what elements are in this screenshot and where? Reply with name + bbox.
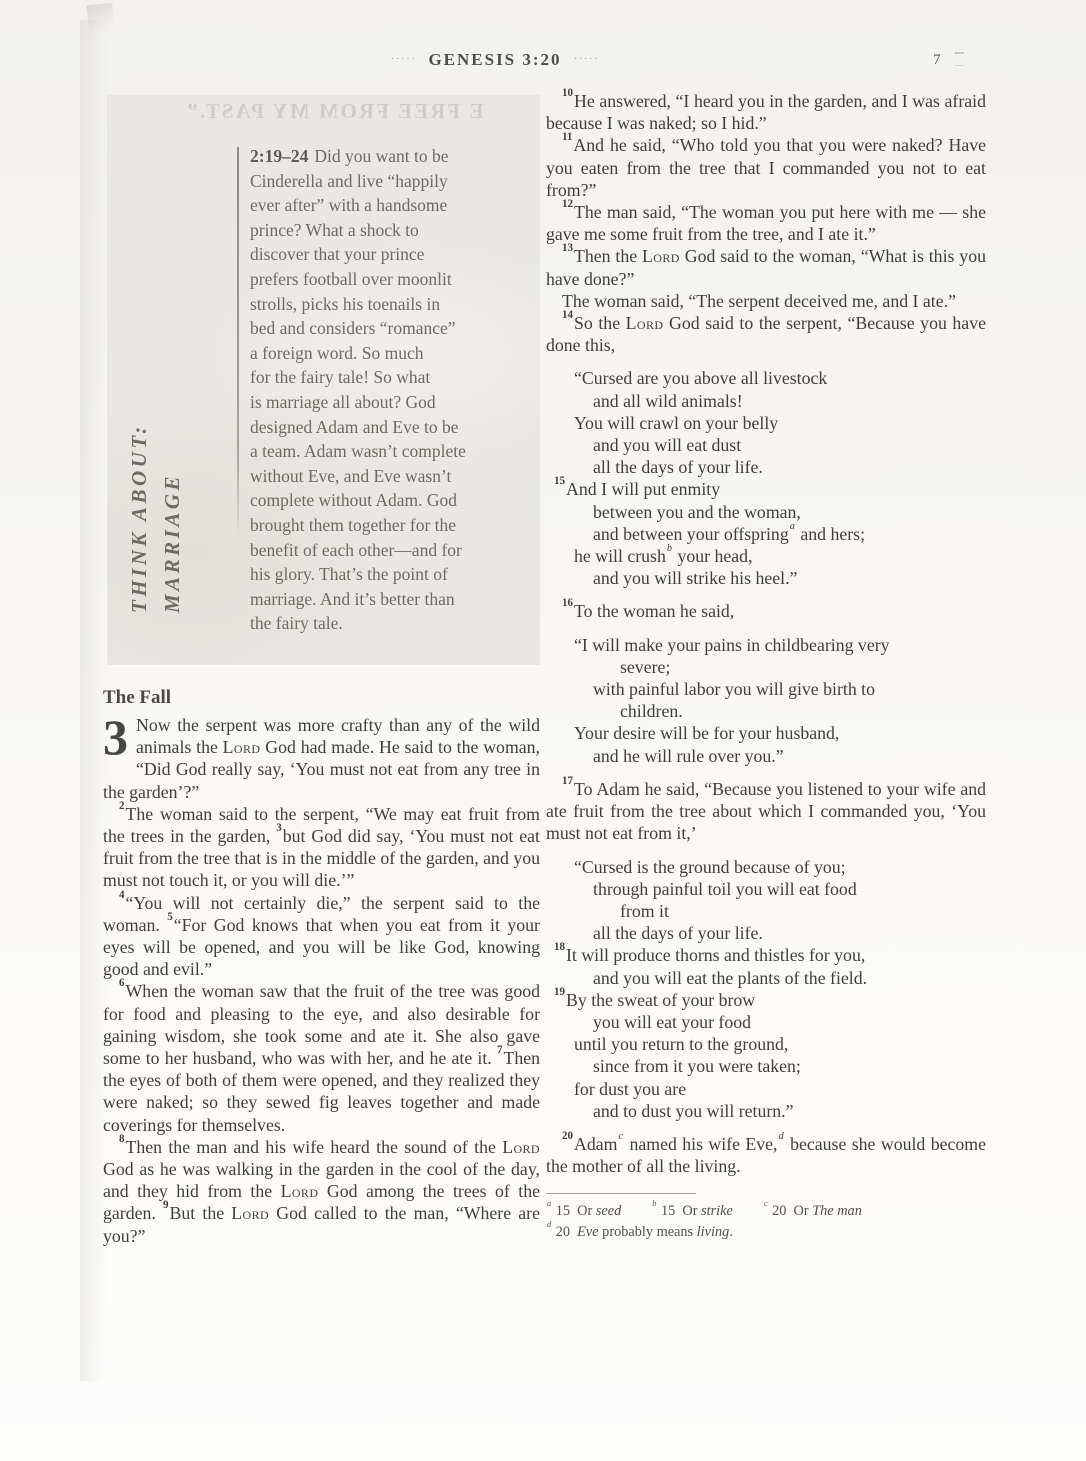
footnote-item: d 20 Eve probably means living. <box>546 1222 733 1243</box>
feature-box-body: Did you want to be Cinderella and live “… <box>250 146 466 633</box>
section-heading: The Fall <box>103 686 540 710</box>
poetry-line: and he will rule over you.” <box>546 745 986 767</box>
verse-number: 6 <box>119 977 125 989</box>
verse-paragraph: 16To the woman he said, <box>546 600 986 622</box>
bleed-through-ghost-text: E FREE FROM MY PAST.” <box>137 99 532 124</box>
poetry-line: “Cursed are you above all livestock <box>546 367 986 389</box>
poetry-line: “Cursed is the ground because of you; <box>546 856 986 878</box>
footnote-marker: b <box>667 543 672 554</box>
poetry-line: children. <box>546 700 986 722</box>
page-number: 7 <box>933 52 941 69</box>
verse-paragraph: 11And he said, “Who told you that you we… <box>546 134 986 201</box>
verse-paragraph: 12The man said, “The woman you put here … <box>546 201 986 245</box>
verse-number: 19 <box>554 986 565 998</box>
poetry-line: 19By the sweat of your brow <box>546 989 986 1011</box>
footnote-marker: a <box>790 521 795 532</box>
verse-number: 4 <box>119 889 125 901</box>
poetry-line: 18It will produce thorns and thistles fo… <box>546 944 986 966</box>
page-title: GENESIS 3:20 <box>428 50 561 69</box>
verse-paragraph: 2The woman said to the serpent, “We may … <box>103 803 540 892</box>
footnote-item: a 15 Or seed <box>546 1201 621 1222</box>
chapter-paragraph: 3Now the serpent was more crafty than an… <box>103 714 540 803</box>
poetry-line: Your desire will be for your husband, <box>546 722 986 744</box>
poetry-line: he will crushb your head, <box>546 545 986 567</box>
poetry-line: you will eat your food <box>546 1011 986 1033</box>
header-ornament-right: ····· <box>574 53 600 65</box>
verse-paragraph: 4“You will not certainly die,” the serpe… <box>103 892 540 981</box>
italic-text: The man <box>812 1203 862 1219</box>
poetry-line: and all wild animals! <box>546 390 986 412</box>
feature-box-text: 2:19–24Did you want to be Cinderella and… <box>250 144 532 636</box>
poetry-line: severe; <box>546 656 986 678</box>
poetry-stanza: “I will make your pains in childbearing … <box>546 634 986 767</box>
poetry-line: all the days of your life. <box>546 456 986 478</box>
think-about-marriage-box: E FREE FROM MY PAST.” THINK ABOUT: MARRI… <box>107 95 540 665</box>
verse-number: 7 <box>497 1044 503 1056</box>
poetry-line: and you will eat the plants of the field… <box>546 967 986 989</box>
left-text-column: The Fall3Now the serpent was more crafty… <box>103 686 540 1247</box>
vertical-label-think-about: THINK ABOUT: <box>127 423 152 613</box>
verse-number: 11 <box>562 131 572 143</box>
poetry-line: and you will strike his heel.” <box>546 567 986 589</box>
poetry-line: since from it you were taken; <box>546 1055 986 1077</box>
verse-number: 17 <box>562 775 573 787</box>
footnote-line-1: a 15 Or seedb 15 Or strikec 20 Or The ma… <box>546 1201 986 1222</box>
poetry-line: from it <box>546 900 986 922</box>
vertical-label-marriage: MARRIAGE <box>160 473 185 613</box>
verse-paragraph: 14So the Lord God said to the serpent, “… <box>546 312 986 356</box>
verse-number: 20 <box>562 1130 573 1142</box>
poetry-line: 15And I will put enmity <box>546 478 986 500</box>
poetry-line: with painful labor you will give birth t… <box>546 678 986 700</box>
verse-number: 18 <box>554 941 565 953</box>
chapter-number-dropcap: 3 <box>103 714 136 759</box>
verse-paragraph: 10He answered, “I heard you in the garde… <box>546 90 986 134</box>
verse-number: 5 <box>167 911 173 923</box>
page-edge-mark <box>955 52 964 66</box>
right-text-column: 10He answered, “I heard you in the garde… <box>546 90 986 1243</box>
verse-paragraph: 20Adamc named his wife Eve,d because she… <box>546 1133 986 1177</box>
verse-paragraph: 8Then the man and his wife heard the sou… <box>103 1136 540 1247</box>
poetry-line: through painful toil you will eat food <box>546 878 986 900</box>
footnote-marker: b <box>652 1199 656 1208</box>
footnote-item: b 15 Or strike <box>651 1201 733 1222</box>
poetry-line: You will crawl on your belly <box>546 412 986 434</box>
verse-paragraph: 6When the woman saw that the fruit of th… <box>103 980 540 1135</box>
poetry-line: and you will eat dust <box>546 434 986 456</box>
footnote-rule <box>546 1193 696 1194</box>
feature-box-rule <box>237 147 239 537</box>
verse-number: 8 <box>119 1133 125 1145</box>
verse-paragraph: 13Then the Lord God said to the woman, “… <box>546 245 986 289</box>
footnote-marker: d <box>547 1220 551 1229</box>
verse-paragraph: The woman said, “The serpent deceived me… <box>546 290 986 312</box>
right-column-verses: 10He answered, “I heard you in the garde… <box>546 90 986 1177</box>
verse-number: 15 <box>554 475 565 487</box>
poetry-line: and between your offspringa and hers; <box>546 523 986 545</box>
verse-paragraph: 17To Adam he said, “Because you listened… <box>546 778 986 845</box>
footnote-marker: c <box>618 1131 623 1142</box>
italic-text: seed <box>596 1203 621 1219</box>
italic-text: Eve <box>577 1224 598 1240</box>
scan-corner-mark <box>86 3 115 40</box>
lord-small-caps: Lord <box>502 1137 540 1157</box>
footnote-marker: a <box>547 1199 551 1208</box>
header-ornament-left: ····· <box>391 53 417 65</box>
lord-small-caps: Lord <box>626 313 664 333</box>
poetry-line: “I will make your pains in childbearing … <box>546 634 986 656</box>
lord-small-caps: Lord <box>281 1181 319 1201</box>
italic-text: strike <box>701 1203 733 1219</box>
footnote-item: c 20 Or The man <box>763 1201 862 1222</box>
feature-box-reference: 2:19–24 <box>250 146 308 166</box>
verse-number: 3 <box>276 822 282 834</box>
poetry-line: all the days of your life. <box>546 922 986 944</box>
verse-number: 13 <box>562 242 573 254</box>
poetry-line: until you return to the ground, <box>546 1033 986 1055</box>
poetry-line: between you and the woman, <box>546 501 986 523</box>
lord-small-caps: Lord <box>231 1203 269 1223</box>
verse-number: 16 <box>562 597 573 609</box>
poetry-line: for dust you are <box>546 1078 986 1100</box>
lord-small-caps: Lord <box>642 246 680 266</box>
footnote-line-2: d 20 Eve probably means living. <box>546 1222 986 1243</box>
verse-number: 14 <box>562 309 573 321</box>
running-header: ·····GENESIS 3:20····· <box>0 50 990 70</box>
poetry-stanza: “Cursed are you above all livestockand a… <box>546 367 986 589</box>
footnote-marker: c <box>764 1199 768 1208</box>
italic-text: living <box>697 1224 730 1240</box>
verse-number: 9 <box>163 1199 169 1211</box>
poetry-stanza: “Cursed is the ground because of you;thr… <box>546 856 986 1122</box>
footnote-marker: d <box>779 1131 784 1142</box>
footnotes-section: a 15 Or seedb 15 Or strikec 20 Or The ma… <box>546 1193 986 1243</box>
verse-number: 2 <box>119 800 125 812</box>
verse-number: 12 <box>562 198 573 210</box>
lord-small-caps: Lord <box>223 737 261 757</box>
verse-number: 10 <box>562 87 573 99</box>
poetry-line: and to dust you will return.” <box>546 1100 986 1122</box>
bible-page: ·····GENESIS 3:20····· 7 E FREE FROM MY … <box>0 0 1086 1461</box>
